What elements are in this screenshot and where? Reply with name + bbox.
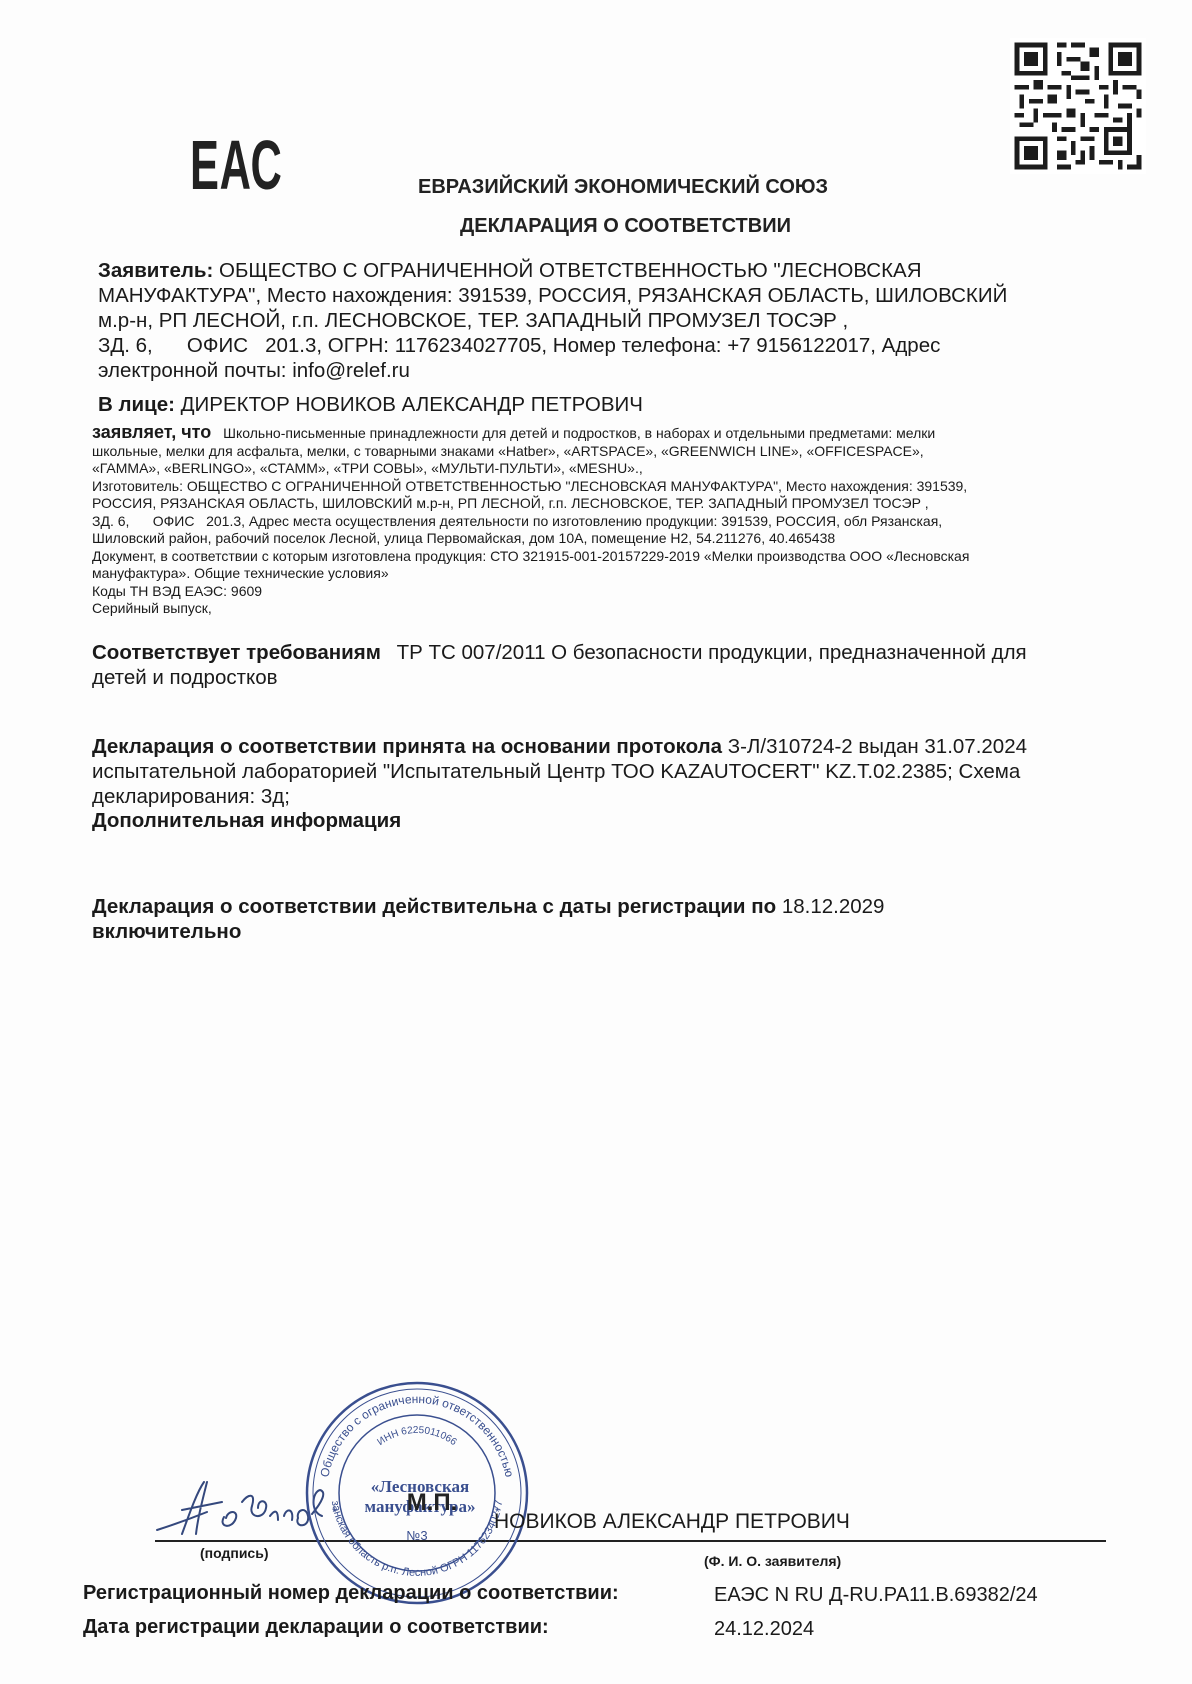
- complies-value: ТР ТС 007/2011 О безопасности продукции,…: [397, 641, 1027, 664]
- document-title: ДЕКЛАРАЦИЯ О СООТВЕТСТВИИ: [460, 215, 791, 238]
- complies-line: Соответствует требованиям ТР ТС 007/2011…: [92, 640, 1122, 665]
- declares-line: ЗД. 6, ОФИС 201.3, Адрес места осуществл…: [92, 513, 1122, 531]
- applicant-line: ЗД. 6, ОФИС 201.3, ОГРН: 1176234027705, …: [98, 333, 1098, 358]
- applicant-block: Заявитель: ОБЩЕСТВО С ОГРАНИЧЕННОЙ ОТВЕТ…: [98, 258, 1098, 383]
- validity-date: 18.12.2029: [782, 895, 885, 918]
- declares-label: заявляет, что: [92, 422, 211, 442]
- fio-line: [490, 1540, 1106, 1542]
- declares-line: Шиловский район, рабочий поселок Лесной,…: [92, 530, 1122, 548]
- applicant-line: МАНУФАКТУРА", Место нахождения: 391539, …: [98, 283, 1098, 308]
- applicant-line: Заявитель: ОБЩЕСТВО С ОГРАНИЧЕННОЙ ОТВЕТ…: [98, 258, 1098, 283]
- declares-line: школьные, мелки для асфальта, мелки, с т…: [92, 443, 1122, 461]
- svg-text:ИНН 6225011066: ИНН 6225011066: [376, 1425, 459, 1448]
- complies-label: Соответствует требованиям: [92, 641, 381, 664]
- declares-line: мануфактура». Общие технические условия»: [92, 565, 1122, 583]
- qr-code-icon: [1010, 38, 1146, 174]
- complies-line: детей и подростков: [92, 665, 1122, 690]
- extra-info-label: Дополнительная информация: [92, 808, 401, 833]
- person-block: В лице: ДИРЕКТОР НОВИКОВ АЛЕКСАНДР ПЕТРО…: [98, 392, 1098, 417]
- union-title: ЕВРАЗИЙСКИЙ ЭКОНОМИЧЕСКИЙ СОЮЗ: [418, 176, 828, 199]
- registration-number-label: Регистрационный номер декларации о соотв…: [83, 1582, 619, 1605]
- registration-number-value: ЕАЭС N RU Д-RU.РА11.В.69382/24: [714, 1584, 1038, 1607]
- applicant-line: м.р-н, РП ЛЕСНОЙ, г.п. ЛЕСНОВСКОЕ, ТЕР. …: [98, 308, 1098, 333]
- svg-text:*: *: [332, 1505, 337, 1519]
- declares-line: Коды ТН ВЭД ЕАЭС: 9609: [92, 583, 1122, 601]
- validity-line: включительно: [92, 919, 992, 944]
- registration-date-label: Дата регистрации декларации о соответств…: [83, 1616, 549, 1639]
- applicant-text: ОБЩЕСТВО С ОГРАНИЧЕННОЙ ОТВЕТСТВЕННОСТЬЮ…: [219, 259, 922, 282]
- declares-line: «ГАММА», «BERLINGO», «СТАММ», «ТРИ СОВЫ»…: [92, 460, 1122, 478]
- applicant-line: электронной почты: info@relef.ru: [98, 358, 1098, 383]
- fio-caption: (Ф. И. О. заявителя): [704, 1553, 841, 1569]
- applicant-label: Заявитель:: [98, 259, 213, 282]
- person-value: ДИРЕКТОР НОВИКОВ АЛЕКСАНДР ПЕТРОВИЧ: [181, 393, 643, 416]
- complies-block: Соответствует требованиям ТР ТС 007/2011…: [92, 640, 1122, 690]
- basis-line: Декларация о соответствии принята на осн…: [92, 734, 1122, 759]
- basis-label: Декларация о соответствии принята на осн…: [92, 735, 722, 758]
- company-stamp-icon: Общество с ограниченной ответственностью…: [302, 1378, 532, 1608]
- declares-text: Школьно-письменные принадлежности для де…: [223, 425, 935, 441]
- declares-line: Изготовитель: ОБЩЕСТВО С ОГРАНИЧЕННОЙ ОТ…: [92, 478, 1122, 496]
- applicant-fio: НОВИКОВ АЛЕКСАНДР ПЕТРОВИЧ: [494, 1510, 850, 1534]
- signature-caption: (подпись): [200, 1545, 269, 1561]
- validity-line: Декларация о соответствии действительна …: [92, 894, 992, 919]
- svg-text:М.П.: М.П.: [407, 1489, 458, 1516]
- registration-date-value: 24.12.2024: [714, 1618, 814, 1641]
- declares-first-line: заявляет, что Школьно-письменные принадл…: [92, 424, 1122, 443]
- validity-label: Декларация о соответствии действительна …: [92, 895, 776, 918]
- declares-line: Серийный выпуск,: [92, 600, 1122, 618]
- basis-line: испытательной лабораторией "Испытательны…: [92, 759, 1122, 784]
- basis-protocol: З-Л/310724-2 выдан 31.07.2024: [728, 735, 1027, 758]
- svg-text:№3: №3: [406, 1528, 427, 1543]
- validity-block: Декларация о соответствии действительна …: [92, 894, 992, 944]
- declares-block: заявляет, что Школьно-письменные принадл…: [92, 424, 1122, 618]
- basis-line: декларирования: 3д;: [92, 784, 1122, 809]
- declares-line: РОССИЯ, РЯЗАНСКАЯ ОБЛАСТЬ, ШИЛОВСКИЙ м.р…: [92, 495, 1122, 513]
- eac-logo: ЕАС: [190, 130, 282, 200]
- declares-line: Документ, в соответствии с которым изгот…: [92, 548, 1122, 566]
- person-label: В лице:: [98, 393, 175, 416]
- basis-block: Декларация о соответствии принята на осн…: [92, 734, 1122, 809]
